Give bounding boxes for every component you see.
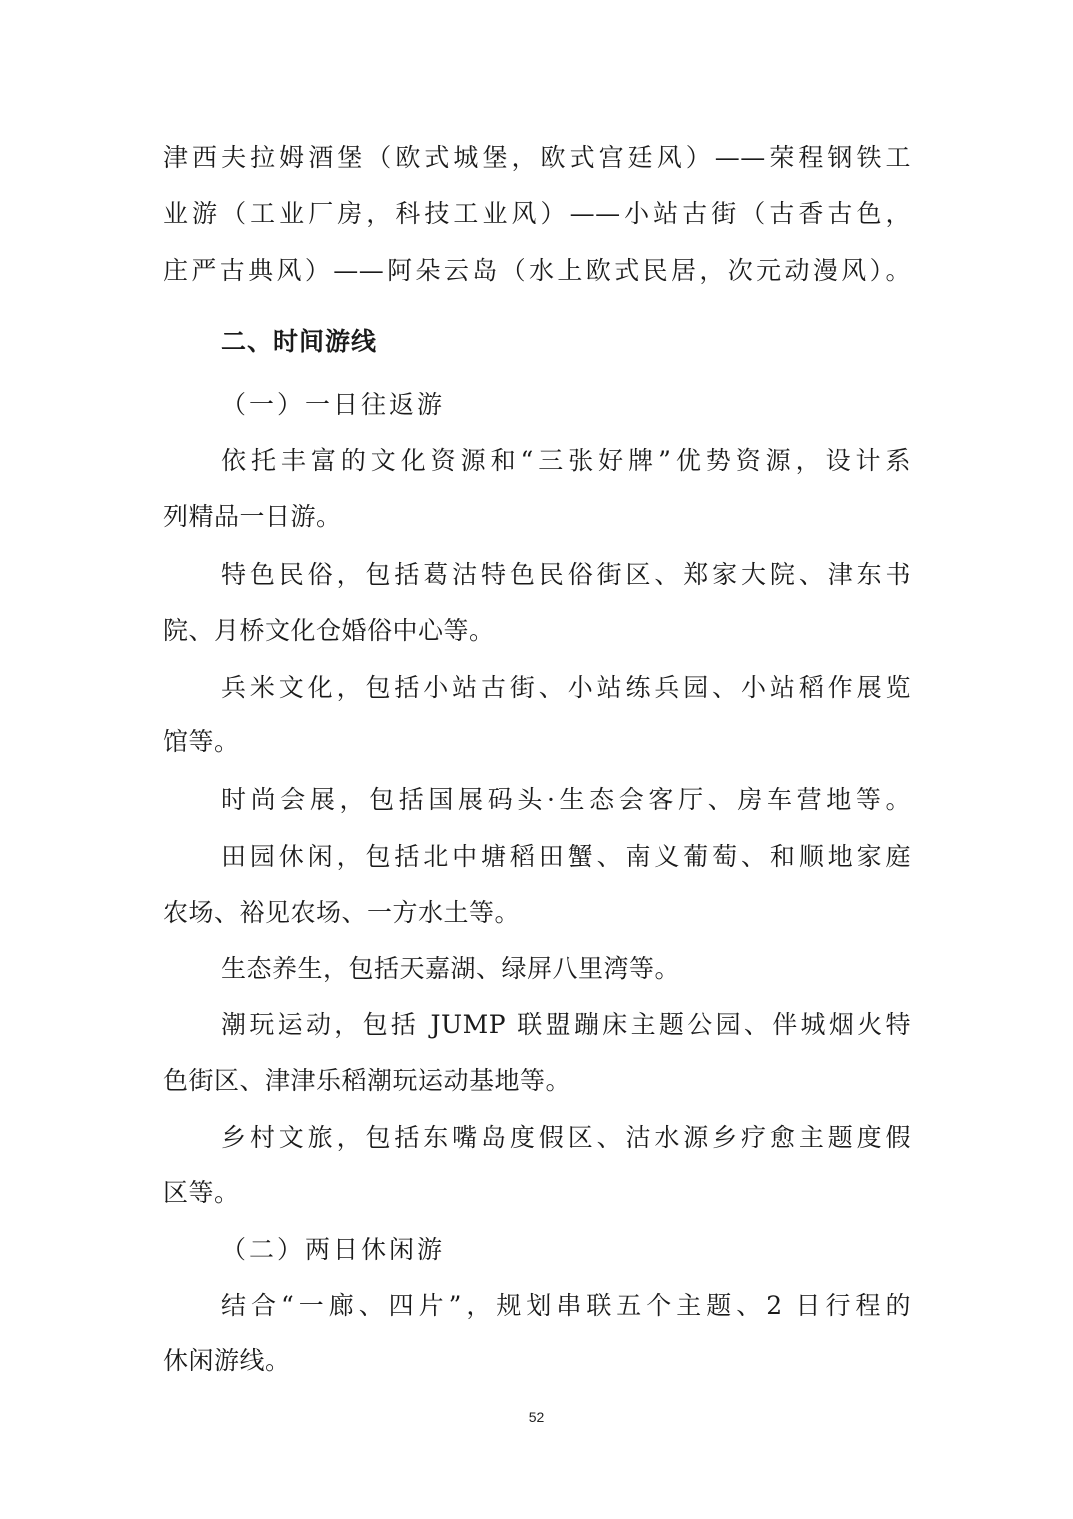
paragraph-line: 农场、裕见农场、一方水土等。 <box>163 893 911 933</box>
subsection-heading: （一）一日往返游 <box>221 385 911 425</box>
paragraph-line: 乡村文旅，包括东嘴岛度假区、沽水源乡疗愈主题度假 <box>221 1118 911 1158</box>
paragraph-line: 依托丰富的文化资源和“三张好牌”优势资源，设计系 <box>221 441 911 481</box>
paragraph-line: 兵米文化，包括小站古街、小站练兵园、小站稻作展览 <box>221 668 911 708</box>
paragraph-line: 生态养生，包括天嘉湖、绿屏八里湾等。 <box>221 949 911 989</box>
paragraph-line: 结合“一廊、四片”，规划串联五个主题、2 日行程的 <box>221 1286 911 1326</box>
paragraph-line: 院、月桥文化仓婚俗中心等。 <box>163 611 911 651</box>
paragraph-line: 特色民俗，包括葛沽特色民俗街区、郑家大院、津东书 <box>221 555 911 595</box>
paragraph-line: 休闲游线。 <box>163 1341 911 1381</box>
paragraph-line: 潮玩运动，包括 JUMP 联盟蹦床主题公园、伴城烟火特 <box>221 1005 911 1045</box>
paragraph-line: 庄严古典风）——阿朵云岛（水上欧式民居，次元动漫风）。 <box>163 251 911 291</box>
paragraph-line: 时尚会展，包括国展码头·生态会客厅、房车营地等。 <box>221 780 911 820</box>
paragraph-line: 馆等。 <box>163 722 911 762</box>
subsection-heading: （二）两日休闲游 <box>221 1230 911 1270</box>
paragraph-line: 列精品一日游。 <box>163 497 911 537</box>
paragraph-line: 业游（工业厂房，科技工业风）——小站古街（古香古色， <box>163 194 911 234</box>
paragraph-line: 津西夫拉姆酒堡（欧式城堡，欧式宫廷风）——荣程钢铁工 <box>163 138 911 178</box>
paragraph-line: 色街区、津津乐稻潮玩运动基地等。 <box>163 1061 911 1101</box>
document-page: 津西夫拉姆酒堡（欧式城堡，欧式宫廷风）——荣程钢铁工业游（工业厂房，科技工业风）… <box>0 0 1073 1519</box>
page-number: 52 <box>0 1409 1073 1425</box>
section-heading: 二、时间游线 <box>221 322 911 362</box>
paragraph-line: 区等。 <box>163 1173 911 1213</box>
paragraph-line: 田园休闲，包括北中塘稻田蟹、南义葡萄、和顺地家庭 <box>221 837 911 877</box>
